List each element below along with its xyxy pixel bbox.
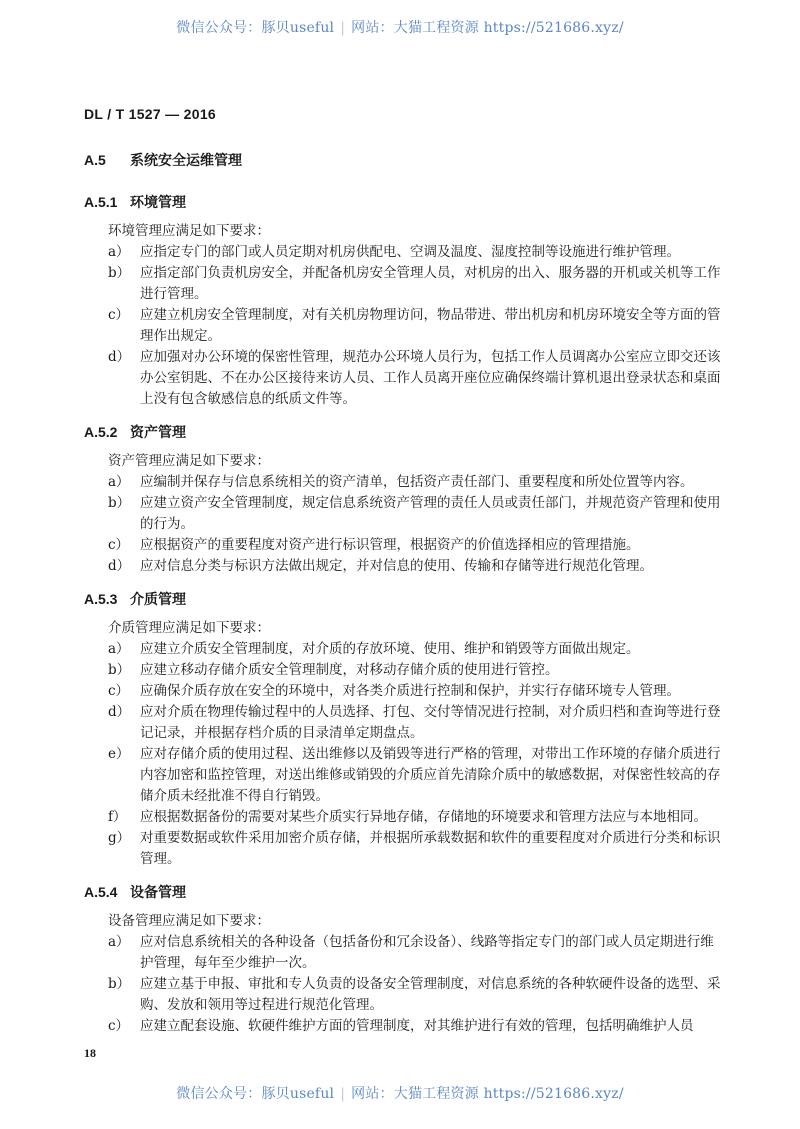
section-intro: 资产管理应满足如下要求： [108, 451, 724, 472]
item-text: 应建立机房安全管理制度，对有关机房物理访问，物品带进、带出机房和机房环境安全等方… [140, 307, 721, 344]
subsection-heading: A.5.3介质管理 [84, 589, 724, 609]
item-label: d） [108, 702, 130, 723]
item-text: 应确保介质存放在安全的环境中，对各类介质进行控制和保护，并实行存储环境专人管理。 [140, 683, 680, 699]
item-text: 应建立移动存储介质安全管理制度，对移动存储介质的使用进行管控。 [140, 662, 559, 678]
page-number: 18 [84, 1046, 96, 1061]
item-label: c） [108, 305, 129, 326]
item-label: d） [108, 556, 130, 577]
list-item: g）对重要数据或软件采用加密介质存储，并根据所承载数据和软件的重要程度对介质进行… [108, 828, 724, 870]
item-text: 应指定部门负责机房安全，并配备机房安全管理人员，对机房的出入、服务器的开机或关机… [140, 265, 721, 302]
section-intro: 介质管理应满足如下要求： [108, 618, 724, 639]
list-item: a）应对信息系统相关的各种设备（包括备份和冗余设备）、线路等指定专门的部门或人员… [108, 932, 724, 974]
subsection-heading: A.5.2资产管理 [84, 422, 724, 442]
item-label: d） [108, 347, 130, 368]
item-text: 应建立介质安全管理制度，对介质的存放环境、使用、维护和销毁等方面做出规定。 [140, 641, 640, 657]
item-text: 应建立资产安全管理制度，规定信息系统资产管理的责任人员或责任部门，并规范资产管理… [140, 495, 721, 532]
item-label: c） [108, 681, 129, 702]
section-equipment: A.5.4设备管理 设备管理应满足如下要求： a）应对信息系统相关的各种设备（包… [84, 882, 724, 1037]
list-item: d）应对信息分类与标识方法做出规定，并对信息的使用、传输和存储等进行规范化管理。 [108, 556, 724, 577]
list-item: c）应建立配套设施、软硬件维护方面的管理制度，对其维护进行有效的管理，包括明确维… [108, 1016, 724, 1037]
item-text: 应根据数据备份的需要对某些介质实行异地存储，存储地的环境要求和管理方法应与本地相… [140, 809, 707, 825]
item-text: 应对信息系统相关的各种设备（包括备份和冗余设备）、线路等指定专门的部门或人员定期… [140, 934, 714, 971]
subsection-title: 环境管理 [130, 194, 186, 210]
watermark-website: 网站：大猫工程资源 https://521686.xyz/ [351, 1086, 624, 1102]
item-label: e） [108, 744, 130, 765]
list-item: c）应确保介质存放在安全的环境中，对各类介质进行控制和保护，并实行存储环境专人管… [108, 681, 724, 702]
list-item: e）应对存储介质的使用过程、送出维修以及销毁等进行严格的管理，对带出工作环境的存… [108, 744, 724, 807]
list-item: c）应根据资产的重要程度对资产进行标识管理，根据资产的价值选择相应的管理措施。 [108, 535, 724, 556]
subsection-number: A.5.2 [84, 422, 130, 442]
item-text: 应编制并保存与信息系统相关的资产清单，包括资产责任部门、重要程度和所处位置等内容… [140, 474, 694, 490]
subsection-number: A.5.4 [84, 882, 130, 902]
item-label: c） [108, 535, 129, 556]
list-item: a）应编制并保存与信息系统相关的资产清单，包括资产责任部门、重要程度和所处位置等… [108, 472, 724, 493]
item-text: 应建立配套设施、软硬件维护方面的管理制度，对其维护进行有效的管理，包括明确维护人… [140, 1018, 694, 1034]
list-item: f）应根据数据备份的需要对某些介质实行异地存储，存储地的环境要求和管理方法应与本… [108, 807, 724, 828]
section-assets: A.5.2资产管理 资产管理应满足如下要求： a）应编制并保存与信息系统相关的资… [84, 422, 724, 577]
subsection-heading: A.5.4设备管理 [84, 882, 724, 902]
item-label: b） [108, 493, 130, 514]
heading-number: A.5 [84, 150, 130, 170]
watermark-website: 网站：大猫工程资源 https://521686.xyz/ [351, 20, 624, 36]
item-label: f） [108, 807, 127, 828]
subsection-heading: A.5.1环境管理 [84, 192, 724, 212]
item-text: 应对存储介质的使用过程、送出维修以及销毁等进行严格的管理，对带出工作环境的存储介… [140, 746, 721, 804]
section-intro: 设备管理应满足如下要求： [108, 911, 724, 932]
item-label: b） [108, 974, 130, 995]
item-text: 应对介质在物理传输过程中的人员选择、打包、交付等情况进行控制，对介质归档和查询等… [140, 704, 721, 741]
subsection-title: 设备管理 [130, 884, 186, 900]
list-item: b）应建立基于申报、审批和专人负责的设备安全管理制度，对信息系统的各种软硬件设备… [108, 974, 724, 1016]
section-intro: 环境管理应满足如下要求： [108, 221, 724, 242]
item-label: a） [108, 639, 130, 660]
item-label: a） [108, 472, 130, 493]
list-item: b）应建立移动存储介质安全管理制度，对移动存储介质的使用进行管控。 [108, 660, 724, 681]
watermark-separator: | [340, 1086, 345, 1102]
list-item: a）应建立介质安全管理制度，对介质的存放环境、使用、维护和销毁等方面做出规定。 [108, 639, 724, 660]
watermark-wechat: 微信公众号：豚贝useful [176, 1086, 334, 1102]
list-item: d）应对介质在物理传输过程中的人员选择、打包、交付等情况进行控制，对介质归档和查… [108, 702, 724, 744]
item-text: 对重要数据或软件采用加密介质存储，并根据所承载数据和软件的重要程度对介质进行分类… [140, 830, 721, 867]
section-environment: A.5.1环境管理 环境管理应满足如下要求： a）应指定专门的部门或人员定期对机… [84, 192, 724, 410]
item-label: b） [108, 660, 130, 681]
item-text: 应对信息分类与标识方法做出规定，并对信息的使用、传输和存储等进行规范化管理。 [140, 558, 653, 574]
section-heading-a5: A.5系统安全运维管理 [84, 150, 724, 170]
list-item: b）应指定部门负责机房安全，并配备机房安全管理人员，对机房的出入、服务器的开机或… [108, 263, 724, 305]
item-text: 应建立基于申报、审批和专人负责的设备安全管理制度，对信息系统的各种软硬件设备的选… [140, 976, 721, 1013]
item-label: b） [108, 263, 130, 284]
list-item: d）应加强对办公环境的保密性管理，规范办公环境人员行为，包括工作人员调离办公室应… [108, 347, 724, 410]
watermark-separator: | [340, 20, 345, 36]
item-text: 应指定专门的部门或人员定期对机房供配电、空调及温度、湿度控制等设施进行维护管理。 [140, 244, 680, 260]
subsection-title: 资产管理 [130, 424, 186, 440]
list-item: b）应建立资产安全管理制度，规定信息系统资产管理的责任人员或责任部门，并规范资产… [108, 493, 724, 535]
item-label: a） [108, 242, 130, 263]
item-text: 应加强对办公环境的保密性管理，规范办公环境人员行为，包括工作人员调离办公室应立即… [140, 349, 721, 407]
section-media: A.5.3介质管理 介质管理应满足如下要求： a）应建立介质安全管理制度，对介质… [84, 589, 724, 870]
standard-code: DL / T 1527 — 2016 [84, 106, 216, 122]
heading-title: 系统安全运维管理 [130, 152, 242, 168]
subsection-number: A.5.3 [84, 589, 130, 609]
subsection-number: A.5.1 [84, 192, 130, 212]
document-body: A.5系统安全运维管理 A.5.1环境管理 环境管理应满足如下要求： a）应指定… [84, 150, 724, 1049]
item-text: 应根据资产的重要程度对资产进行标识管理，根据资产的价值选择相应的管理措施。 [140, 537, 640, 553]
list-item: a）应指定专门的部门或人员定期对机房供配电、空调及温度、湿度控制等设施进行维护管… [108, 242, 724, 263]
item-label: c） [108, 1016, 129, 1037]
watermark-bottom: 微信公众号：豚贝useful|网站：大猫工程资源 https://521686.… [0, 1083, 800, 1103]
subsection-title: 介质管理 [130, 591, 186, 607]
item-label: a） [108, 932, 130, 953]
list-item: c）应建立机房安全管理制度，对有关机房物理访问，物品带进、带出机房和机房环境安全… [108, 305, 724, 347]
item-label: g） [108, 828, 130, 849]
watermark-top: 微信公众号：豚贝useful|网站：大猫工程资源 https://521686.… [0, 17, 800, 37]
watermark-wechat: 微信公众号：豚贝useful [176, 20, 334, 36]
